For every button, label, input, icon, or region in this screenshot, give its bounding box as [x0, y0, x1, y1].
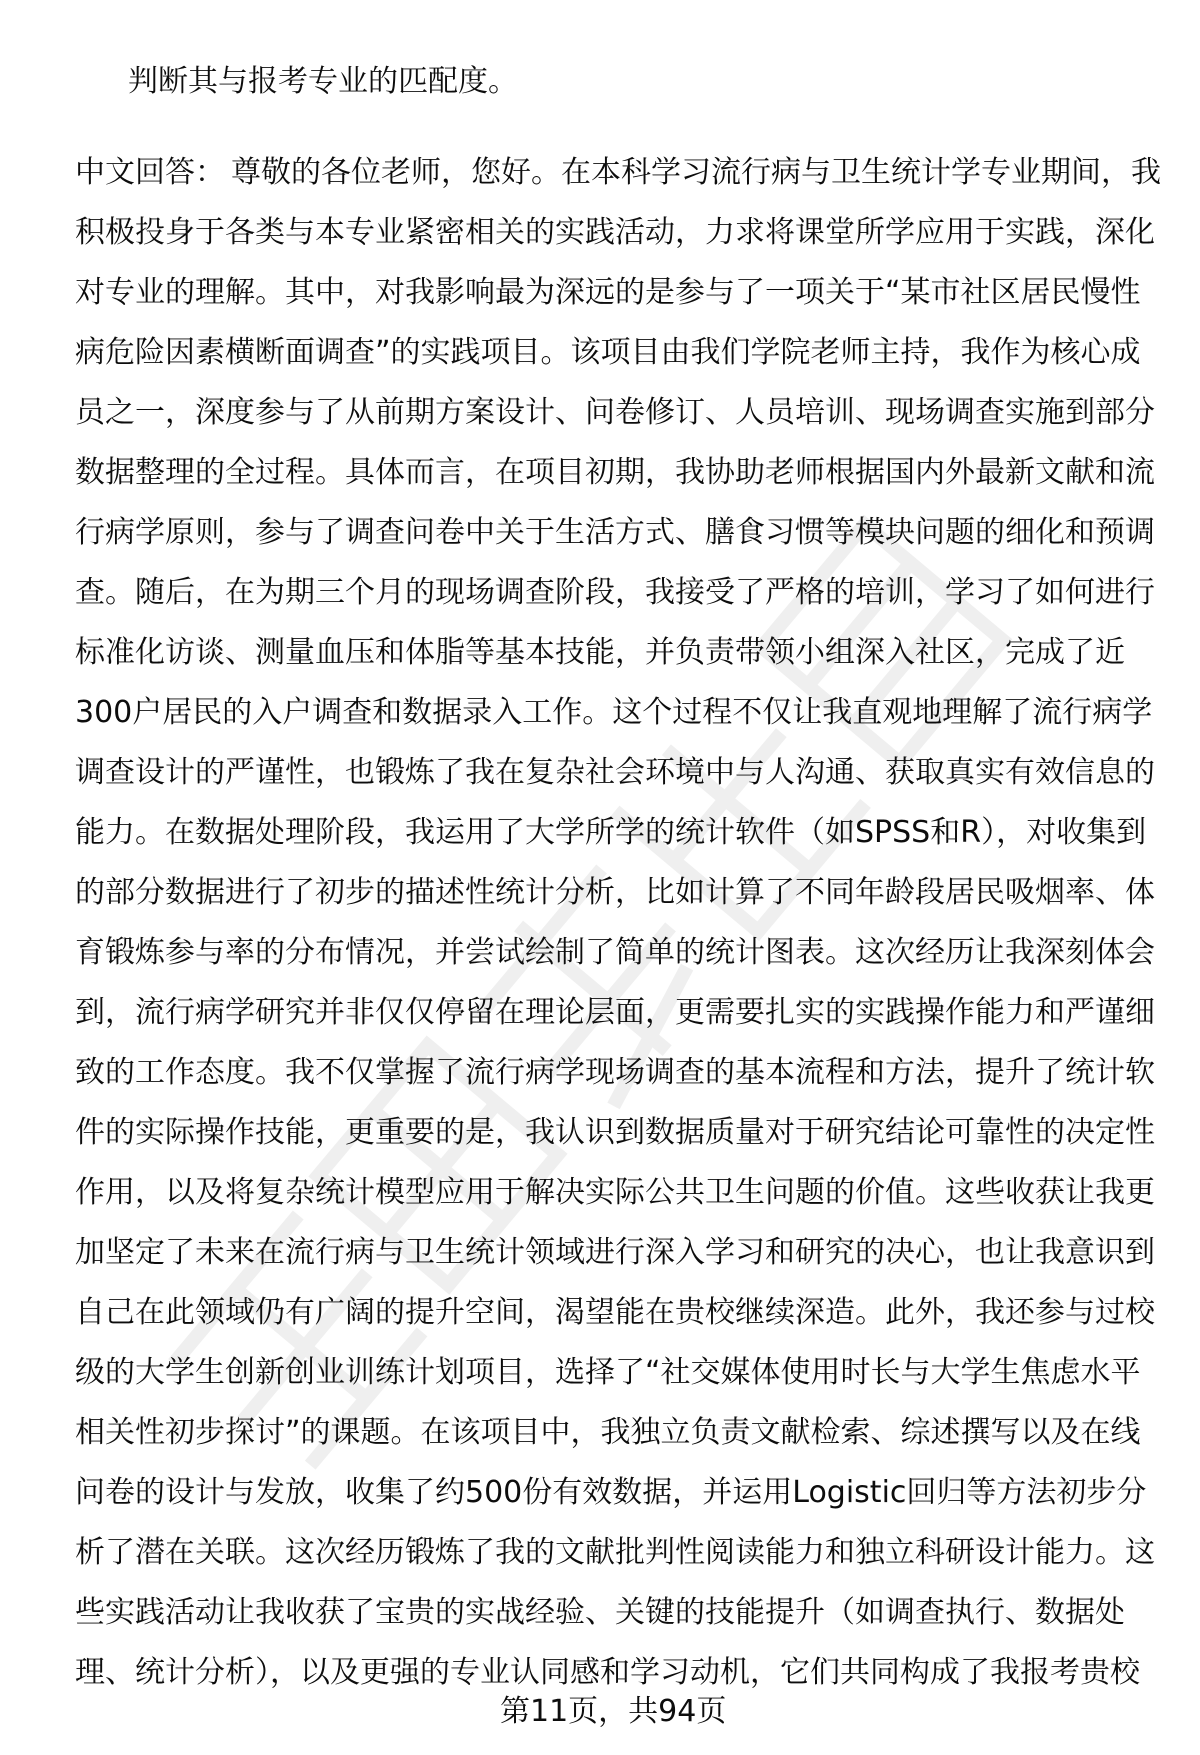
answer-line: 调查设计的严谨性，也锻炼了我在复杂社会环境中与人沟通、获取真实有效信息的: [75, 743, 1185, 803]
answer-line: 能力。在数据处理阶段，我运用了大学所学的统计软件（如SPSS和R），对收集到: [75, 803, 1185, 863]
answer-line: 问卷的设计与发放，收集了约500份有效数据，并运用Logistic回归等方法初步…: [75, 1463, 1185, 1523]
page-number-footer: 第11页，共94页: [500, 1682, 726, 1742]
answer-line: 级的大学生创新创业训练计划项目，选择了“社交媒体使用时长与大学生焦虑水平: [75, 1343, 1185, 1403]
answer-line: 析了潜在关联。这次经历锻炼了我的文献批判性阅读能力和独立科研设计能力。这: [75, 1523, 1185, 1583]
answer-line: 育锻炼参与率的分布情况，并尝试绘制了简单的统计图表。这次经历让我深刻体会: [75, 923, 1185, 983]
answer-line: 些实践活动让我收获了宝贵的实战经验、关键的技能提升（如调查执行、数据处: [75, 1583, 1185, 1643]
answer-line: 行病学原则，参与了调查问卷中关于生活方式、膳食习惯等模块问题的细化和预调: [75, 503, 1185, 563]
answer-line: 加坚定了未来在流行病与卫生统计领域进行深入学习和研究的决心，也让我意识到: [75, 1223, 1185, 1283]
answer-line: 件的实际操作技能，更重要的是，我认识到数据质量对于研究结论可靠性的决定性: [75, 1103, 1185, 1163]
question-continuation: 判断其与报考专业的匹配度。: [128, 52, 518, 112]
answer-line: 自己在此领域仍有广阔的提升空间，渴望能在贵校继续深造。此外，我还参与过校: [75, 1283, 1185, 1343]
answer-line: 致的工作态度。我不仅掌握了流行病学现场调查的基本流程和方法，提升了统计软: [75, 1043, 1185, 1103]
chinese-answer-paragraph: 中文回答：尊敬的各位老师，您好。在本科学习流行病与卫生统计学专业期间，我 积极投…: [75, 143, 1185, 1703]
answer-line: 数据整理的全过程。具体而言，在项目初期，我协助老师根据国内外最新文献和流: [75, 443, 1185, 503]
answer-line: 查。随后，在为期三个月的现场调查阶段，我接受了严格的培训，学习了如何进行: [75, 563, 1185, 623]
answer-label: 中文回答：: [75, 155, 225, 190]
answer-line: 积极投身于各类与本专业紧密相关的实践活动，力求将课堂所学应用于实践，深化: [75, 203, 1185, 263]
answer-line: 中文回答：尊敬的各位老师，您好。在本科学习流行病与卫生统计学专业期间，我: [75, 143, 1185, 203]
document-page: 判断其与报考专业的匹配度。 中文回答：尊敬的各位老师，您好。在本科学习流行病与卫…: [0, 0, 1200, 1755]
answer-line: 的部分数据进行了初步的描述性统计分析，比如计算了不同年龄段居民吸烟率、体: [75, 863, 1185, 923]
answer-line: 对专业的理解。其中，对我影响最为深远的是参与了一项关于“某市社区居民慢性: [75, 263, 1185, 323]
answer-line: 到，流行病学研究并非仅仅停留在理论层面，更需要扎实的实践操作能力和严谨细: [75, 983, 1185, 1043]
answer-line: 相关性初步探讨”的课题。在该项目中，我独立负责文献检索、综述撰写以及在线: [75, 1403, 1185, 1463]
answer-line: 病危险因素横断面调查”的实践项目。该项目由我们学院老师主持，我作为核心成: [75, 323, 1185, 383]
answer-line: 员之一，深度参与了从前期方案设计、问卷修订、人员培训、现场调查实施到部分: [75, 383, 1185, 443]
answer-line: 作用，以及将复杂统计模型应用于解决实际公共卫生问题的价值。这些收获让我更: [75, 1163, 1185, 1223]
answer-line-text: 尊敬的各位老师，您好。在本科学习流行病与卫生统计学专业期间，我: [231, 155, 1161, 190]
answer-line: 标准化访谈、测量血压和体脂等基本技能，并负责带领小组深入社区，完成了近: [75, 623, 1185, 683]
answer-line: 300户居民的入户调查和数据录入工作。这个过程不仅让我直观地理解了流行病学: [75, 683, 1185, 743]
